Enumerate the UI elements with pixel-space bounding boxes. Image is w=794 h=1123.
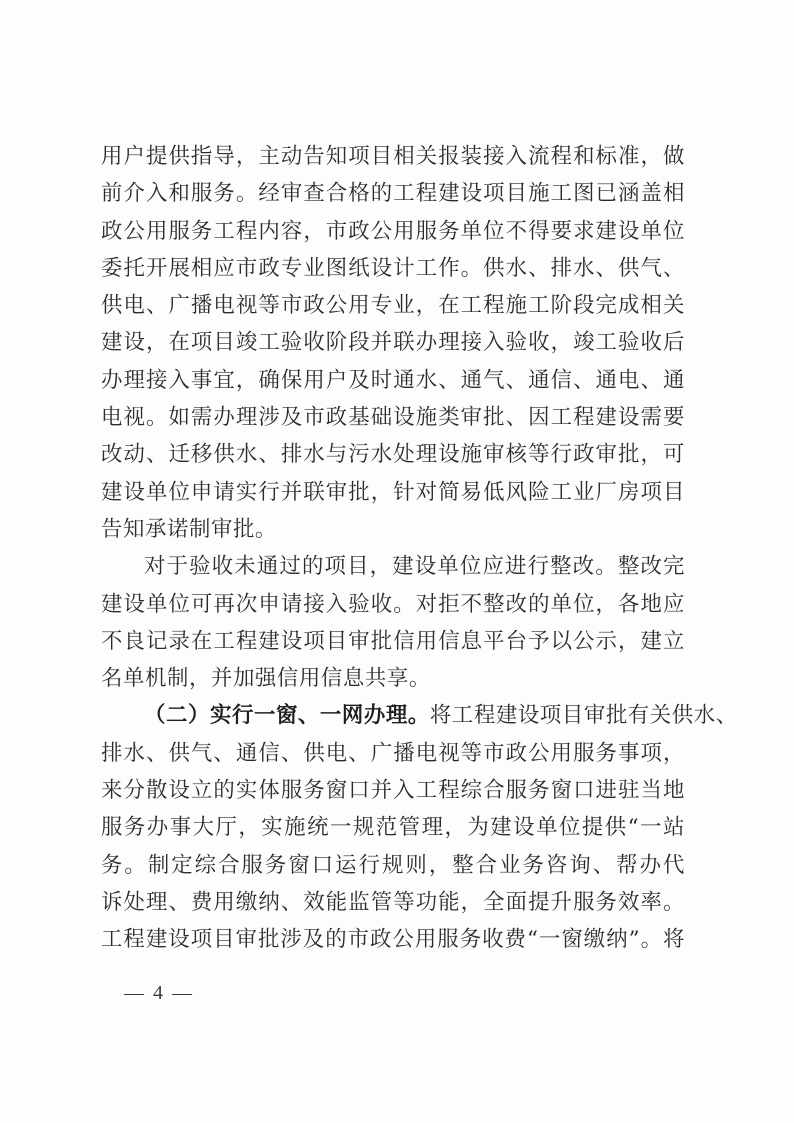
- text-line: （二）实行一窗、一网办理。将工程建设项目审批有关供水、: [101, 697, 685, 734]
- paragraph-2: 对于验收未通过的项目，建设单位应进行整改。整改完成后， 建设单位可再次申请接入验…: [101, 548, 685, 697]
- paragraph-1: 用户提供指导，主动告知项目相关报装接入流程和标准，做到提 前介入和服务。经审查合…: [101, 138, 685, 548]
- text-line: 告知承诺制审批。: [101, 511, 685, 548]
- text-line: 服务办事大厅，实施统一规范管理，为建设单位提供“一站式”服: [101, 809, 685, 846]
- text-line: 建设，在项目竣工验收阶段并联办理接入验收，竣工验收后直接: [101, 324, 685, 361]
- paragraph-3: （二）实行一窗、一网办理。将工程建设项目审批有关供水、 排水、供气、通信、供电、…: [101, 697, 685, 958]
- text-line: 不良记录在工程建设项目审批信用信息平台予以公示，建立红黑: [101, 623, 685, 660]
- text-line: 建设单位可再次申请接入验收。对拒不整改的单位，各地应将其: [101, 586, 685, 623]
- text-line: 名单机制，并加强信用信息共享。: [101, 660, 685, 697]
- text-line: 对于验收未通过的项目，建设单位应进行整改。整改完成后，: [101, 548, 685, 585]
- text-line: 办理接入事宜，确保用户及时通水、通气、通信、通电、通广播: [101, 362, 685, 399]
- text-line: 工程建设项目审批涉及的市政公用服务收费“一窗缴纳”。将全省: [101, 921, 685, 958]
- text-line: 委托开展相应市政专业图纸设计工作。供水、排水、供气、通信、: [101, 250, 685, 287]
- section-heading-rest: 将工程建设项目审批有关供水、: [430, 703, 738, 728]
- text-line: 供电、广播电视等市政公用专业，在工程施工阶段完成相关设施: [101, 287, 685, 324]
- text-line: 电视。如需办理涉及市政基础设施类审批、因工程建设需要拆除、: [101, 399, 685, 436]
- text-line: 来分散设立的实体服务窗口并入工程综合服务窗口进驻当地政务: [101, 772, 685, 809]
- text-line: 政公用服务工程内容，市政公用服务单位不得要求建设单位重复: [101, 213, 685, 250]
- text-line: 建设单位申请实行并联审批，针对简易低风险工业厂房项目实行: [101, 474, 685, 511]
- text-line: 诉处理、费用缴纳、效能监管等功能，全面提升服务效率。推动: [101, 884, 685, 921]
- text-line: 务。制定综合服务窗口运行规则，整合业务咨询、帮办代办、投: [101, 847, 685, 884]
- document-body: 用户提供指导，主动告知项目相关报装接入流程和标准，做到提 前介入和服务。经审查合…: [101, 138, 685, 959]
- text-line: 排水、供气、通信、供电、广播电视等市政公用服务事项，由原: [101, 735, 685, 772]
- text-line: 改动、迁移供水、排水与污水处理设施审核等行政审批，可根据: [101, 436, 685, 473]
- page-number: — 4 —: [124, 982, 194, 1005]
- section-heading: （二）实行一窗、一网办理。: [144, 703, 430, 728]
- text-line: 前介入和服务。经审查合格的工程建设项目施工图已涵盖相应市: [101, 175, 685, 212]
- text-line: 用户提供指导，主动告知项目相关报装接入流程和标准，做到提: [101, 138, 685, 175]
